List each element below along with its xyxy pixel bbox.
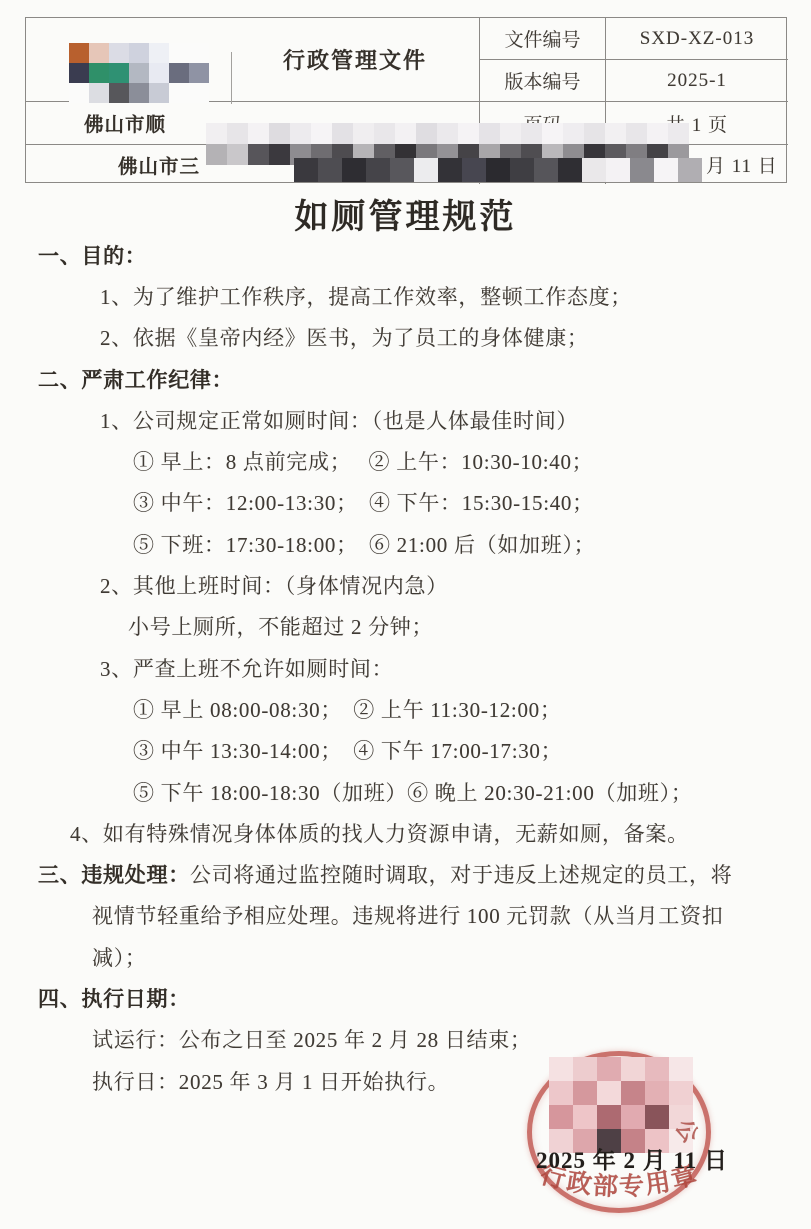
field-label-version: 版本编号 (479, 59, 605, 101)
body-line: 小号上厕所，不能超过 2 分钟； (26, 606, 801, 647)
company-name-redaction-mosaic (294, 158, 702, 182)
header-table: 行政管理文件 佛山市顺 佛山市三 文件编号 SXD-XZ-013 版本编号 20… (25, 17, 787, 183)
field-value-doc-number: SXD-XZ-013 (605, 18, 788, 59)
body-line: ⑤ 下班：17:30-18:00； ⑥ 21:00 后（如加班）； (26, 523, 801, 564)
section-heading-2: 二、严肃工作纪律： (26, 358, 801, 399)
body-line: 减）； (26, 936, 801, 977)
company-name-prefix: 佛山市顺 (84, 109, 166, 137)
company-name-prefix: 佛山市三 (118, 151, 200, 179)
body-line: ③ 中午：12:00-13:30； ④ 下午：15:30-15:40； (26, 482, 801, 523)
document-title: 如厕管理规范 (0, 189, 811, 238)
body-line: 视情节轻重给予相应处理。违规将进行 100 元罚款（从当月工资扣 (26, 895, 801, 936)
field-value-version: 2025-1 (605, 59, 788, 101)
company-logo-redacted-mosaic (69, 43, 209, 103)
section-heading-4: 四、执行日期： (26, 977, 801, 1018)
field-label-doc-number: 文件编号 (479, 18, 605, 59)
body-line: 2、其他上班时间：（身体情况内急） (26, 564, 801, 605)
document-body: 一、目的： 1、为了维护工作秩序，提高工作效率，整顿工作态度； 2、依据《皇帝内… (26, 234, 801, 1101)
body-line: 1、为了维护工作秩序，提高工作效率，整顿工作态度； (26, 275, 801, 316)
body-line: 1、公司规定正常如厕时间：（也是人体最佳时间） (26, 399, 801, 440)
body-line: 4、如有特殊情况身体体质的找人力资源申请，无薪如厕，备案。 (26, 812, 801, 853)
body-line: ① 早上：8 点前完成； ② 上午：10:30-10:40； (26, 440, 801, 481)
department-stamp: 公 行政部专用章 (525, 1049, 713, 1215)
body-line: 3、严查上班不允许如厕时间： (26, 647, 801, 688)
body-line: ⑤ 下午 18:00-18:30（加班）⑥ 晚上 20:30-21:00（加班）… (26, 771, 801, 812)
doc-type-title: 行政管理文件 (231, 18, 479, 101)
stamp-date: 2025 年 2 月 11 日 (536, 1142, 728, 1175)
body-line: ③ 中午 13:30-14:00； ④ 下午 17:00-17:30； (26, 730, 801, 771)
header-main-cell: 行政管理文件 (26, 18, 479, 101)
body-line: ① 早上 08:00-08:30； ② 上午 11:30-12:00； (26, 688, 801, 729)
body-line: 2、依据《皇帝内经》医书，为了员工的身体健康； (26, 317, 801, 358)
section-heading-1: 一、目的： (26, 234, 801, 275)
stamp-center-redaction-mosaic (549, 1057, 693, 1153)
document-page: 行政管理文件 佛山市顺 佛山市三 文件编号 SXD-XZ-013 版本编号 20… (0, 0, 811, 1229)
section-heading-3: 三、违规处理：公司将通过监控随时调取，对于违反上述规定的员工，将 (26, 853, 801, 894)
